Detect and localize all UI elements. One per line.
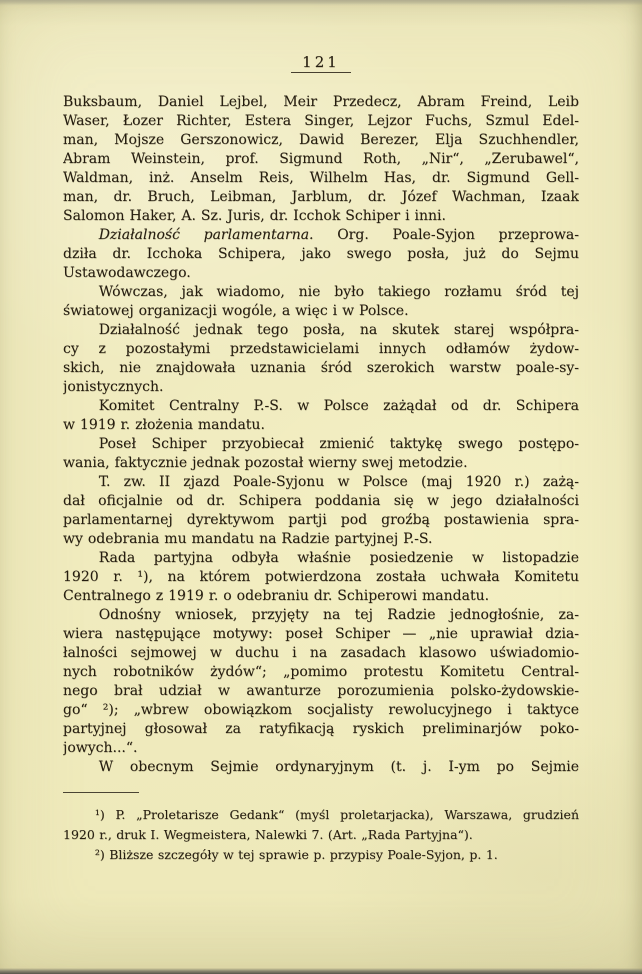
text-line: w 1919 r. złożenia mandatu. <box>63 416 579 435</box>
text-line: cy z pozostałymi przedstawicielami innyc… <box>63 340 579 359</box>
footnote-separator <box>63 792 139 793</box>
text-line: Rada partyjna odbyła właśnie posiedzenie… <box>63 549 579 568</box>
text-line: Ustawodawczego. <box>63 264 579 283</box>
footnotes: ¹) P. „Proletarisze Gedank“ (myśl prolet… <box>63 805 579 865</box>
paragraph: Poseł Schiper przyobiecał zmienić taktyk… <box>63 435 579 473</box>
text-line: Odnośny wniosek, przyjęty na tej Radzie … <box>63 606 579 625</box>
paragraph: Działalność parlamentarna. Org. Poale-Sy… <box>63 226 579 283</box>
text-line: światowej organizacji wogóle, a więc i w… <box>63 302 579 321</box>
text-line: 1920 r. ¹), na którem potwierdzona zosta… <box>63 568 579 587</box>
paragraph: Komitet Centralny P.-S. w Polsce zażądał… <box>63 397 579 435</box>
text-line: man, dr. Bruch, Leibman, Jarblum, dr. Jó… <box>63 188 579 207</box>
text-line: Waldman, inż. Anselm Reis, Wilhelm Has, … <box>63 169 579 188</box>
paragraph: Działalność jednak tego posła, na skutek… <box>63 321 579 397</box>
text-line: Poseł Schiper przyobiecał zmienić taktyk… <box>63 435 579 454</box>
text-line: ²) Bliższe szczegóły w tej sprawie p. pr… <box>63 845 579 865</box>
text-line: Komitet Centralny P.-S. w Polsce zażądał… <box>63 397 579 416</box>
text-line: łalności sejmowej w duchu i na zasadach … <box>63 644 579 663</box>
text-line: nych robotników żydów“; „pomimo protestu… <box>63 663 579 682</box>
paragraph: W obecnym Sejmie ordynaryjnym (t. j. I-y… <box>63 758 579 777</box>
text-line: wania, faktycznie jednak pozostał wierny… <box>63 454 579 473</box>
text-line: Salomon Haker, A. Sz. Juris, dr. Icchok … <box>63 207 579 226</box>
text-line: Abram Weinstein, prof. Sigmund Roth, „Ni… <box>63 150 579 169</box>
text-line: Działalność jednak tego posła, na skutek… <box>63 321 579 340</box>
text-line: Wówczas, jak wiadomo, nie było takiego r… <box>63 283 579 302</box>
text-line: 1920 r., druk I. Wegmeistera, Nalewki 7.… <box>63 825 579 845</box>
text-line: parlamentarnej dyrektywom partji pod gro… <box>63 511 579 530</box>
text-line: ¹) P. „Proletarisze Gedank“ (myśl prolet… <box>63 805 579 825</box>
text-line: jowych...“. <box>63 739 579 758</box>
scanned-book-page: 121 Buksbaum, Daniel Lejbel, Meir Przede… <box>0 0 642 974</box>
page-number: 121 <box>291 53 351 73</box>
paragraph: T. zw. II zjazd Poale-Syjonu w Polsce (m… <box>63 473 579 549</box>
text-line: nego brał udział w awanturze porozumieni… <box>63 682 579 701</box>
text-line: go“ ²); „wbrew obowiązkom socjalisty rew… <box>63 701 579 720</box>
text-line: Działalność parlamentarna. Org. Poale-Sy… <box>63 226 579 245</box>
paragraph: Buksbaum, Daniel Lejbel, Meir Przedecz, … <box>63 93 579 226</box>
text-line: man, Mojsze Gerszonowicz, Dawid Berezer,… <box>63 131 579 150</box>
paragraph: Odnośny wniosek, przyjęty na tej Radzie … <box>63 606 579 758</box>
text-line: Centralnego z 1919 r. o odebraniu dr. Sc… <box>63 587 579 606</box>
page-content: 121 Buksbaum, Daniel Lejbel, Meir Przede… <box>63 0 579 865</box>
body-text: Buksbaum, Daniel Lejbel, Meir Przedecz, … <box>63 93 579 777</box>
italic-lead: Działalność parlamentarna. <box>99 227 314 243</box>
text-line: W obecnym Sejmie ordynaryjnym (t. j. I-y… <box>63 758 579 777</box>
text-line: skich, nie znajdowała uznania śród szero… <box>63 359 579 378</box>
text-line: Waser, Łozer Richter, Estera Singer, Lej… <box>63 112 579 131</box>
text-line: wy odebrania mu mandatu na Radzie partyj… <box>63 530 579 549</box>
text-line: T. zw. II zjazd Poale-Syjonu w Polsce (m… <box>63 473 579 492</box>
text-line: jonistycznych. <box>63 378 579 397</box>
paragraph: Rada partyjna odbyła właśnie posiedzenie… <box>63 549 579 606</box>
text-line: partyjnej głosował za ratyfikacją ryskic… <box>63 720 579 739</box>
text-line: dziła dr. Icchoka Schipera, jako swego p… <box>63 245 579 264</box>
text-line: dał oficjalnie od dr. Schipera poddania … <box>63 492 579 511</box>
text-line: wiera następujące motywy: poseł Schiper … <box>63 625 579 644</box>
paragraph: Wówczas, jak wiadomo, nie było takiego r… <box>63 283 579 321</box>
text-line: Buksbaum, Daniel Lejbel, Meir Przedecz, … <box>63 93 579 112</box>
page-header: 121 <box>63 52 579 76</box>
